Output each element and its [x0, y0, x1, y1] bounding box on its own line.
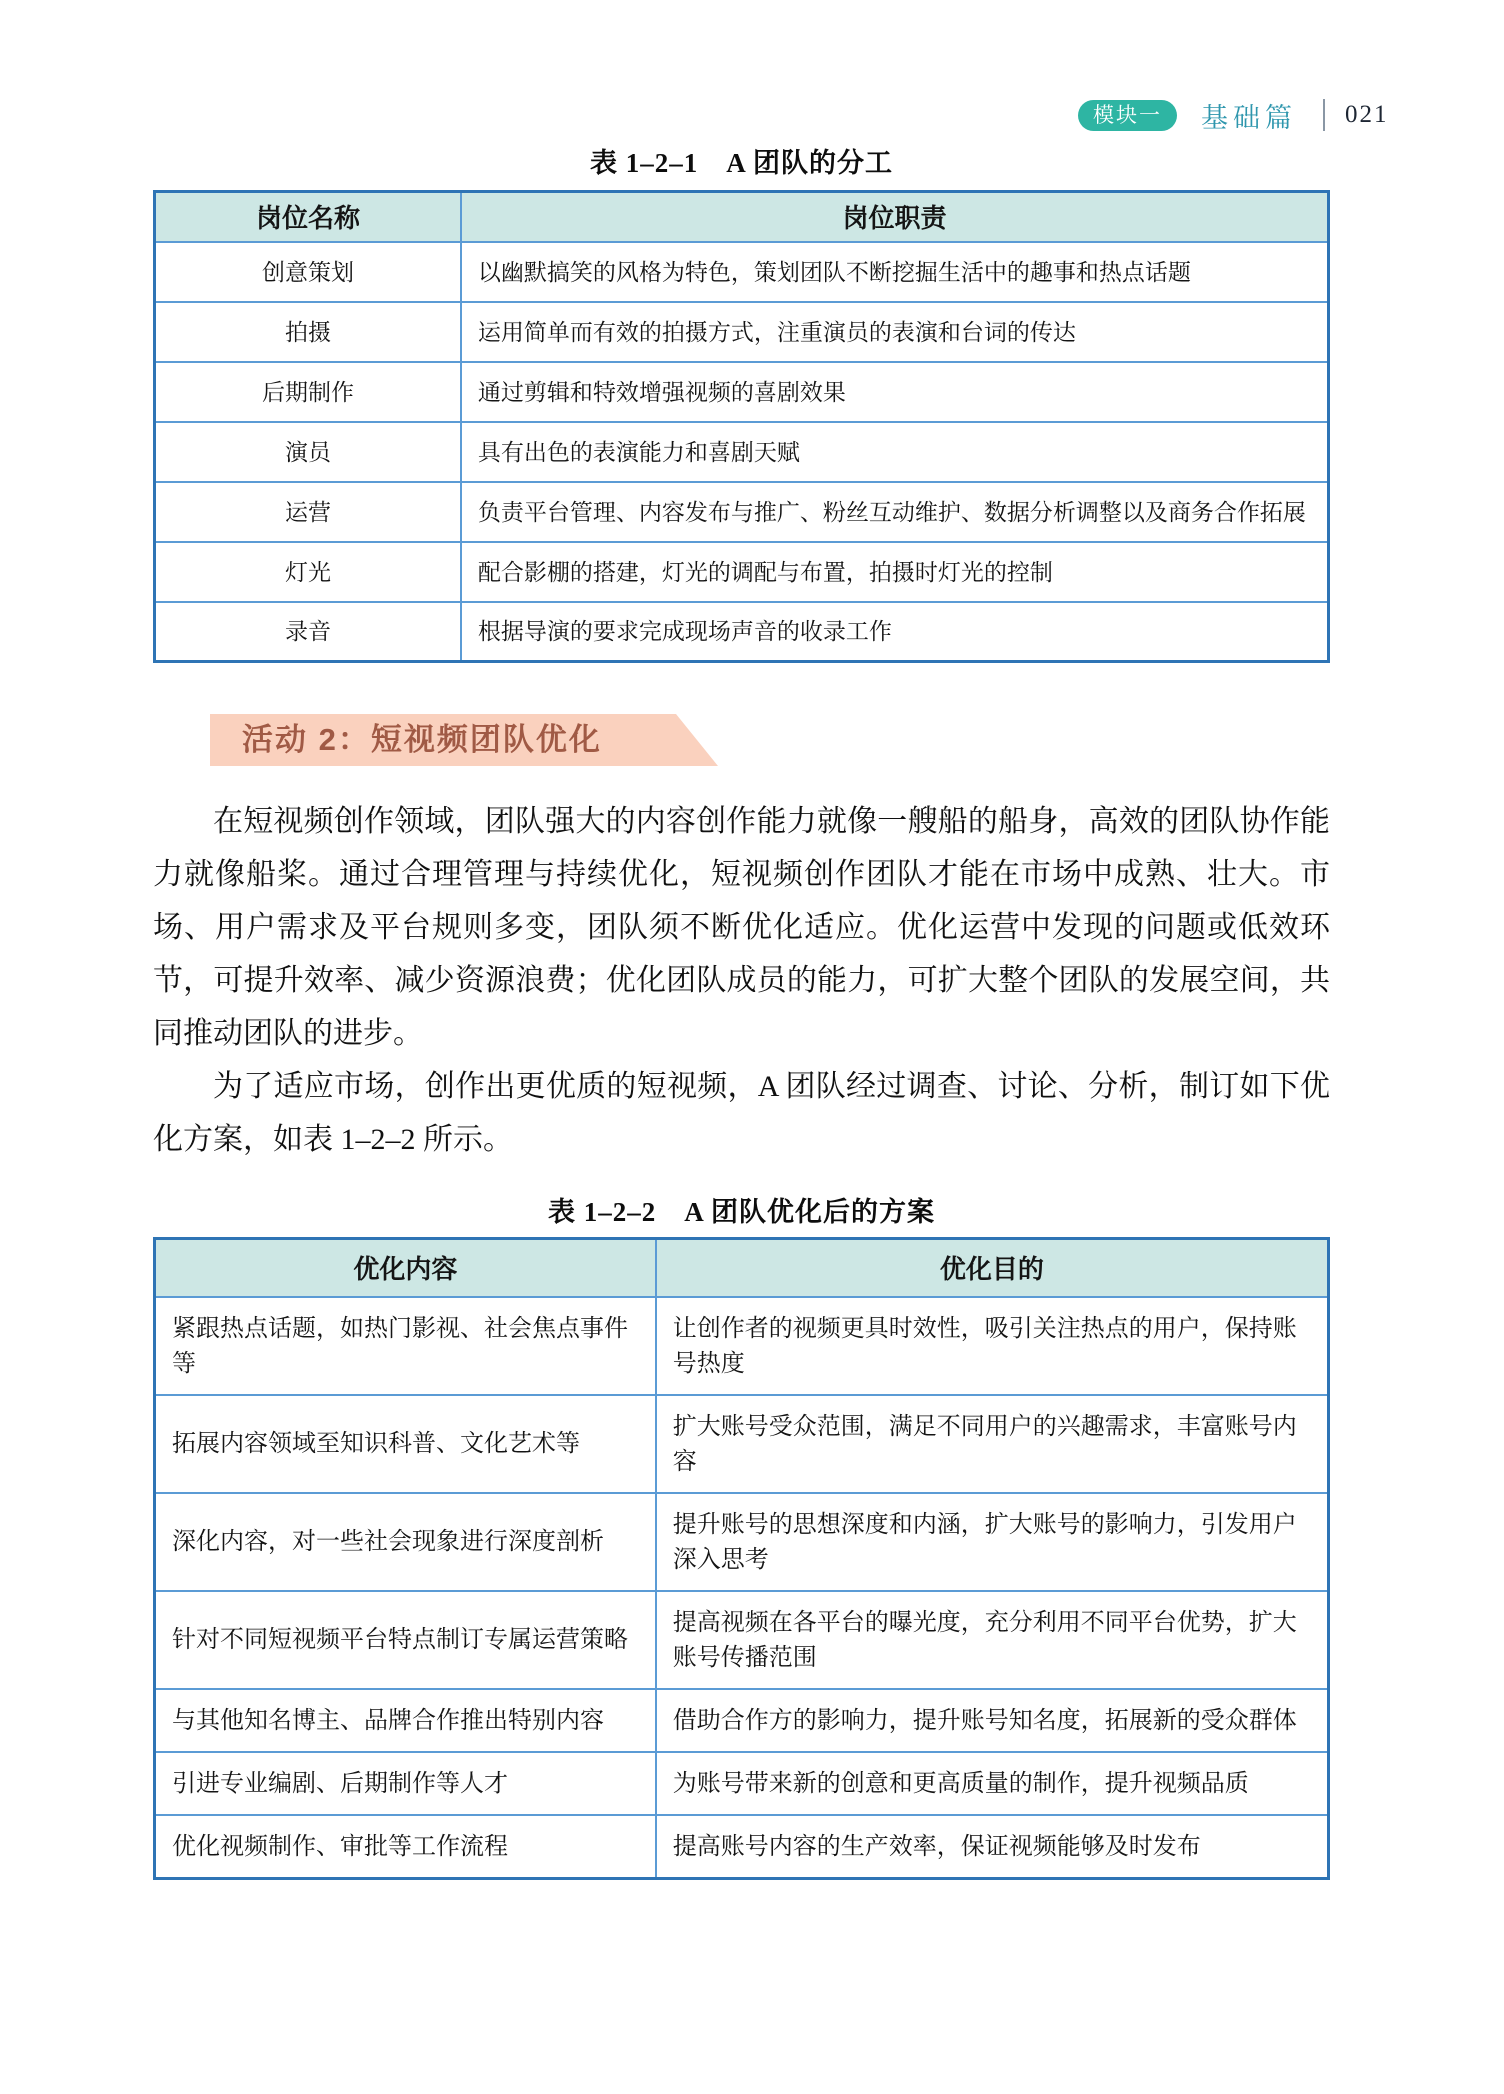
table2-caption: 表 1–2–2 A 团队优化后的方案 — [153, 1190, 1330, 1229]
table-header-row: 岗位名称岗位职责 — [155, 192, 1329, 242]
table-cell: 让创作者的视频更具时效性，吸引关注热点的用户，保持账号热度 — [656, 1297, 1329, 1395]
table-row: 后期制作通过剪辑和特效增强视频的喜剧效果 — [155, 362, 1329, 422]
table-cell: 灯光 — [155, 542, 461, 602]
table-cell: 创意策划 — [155, 242, 461, 302]
table-cell: 与其他知名博主、品牌合作推出特别内容 — [155, 1689, 656, 1752]
body-text: 在短视频创作领域，团队强大的内容创作能力就像一艘船的船身，高效的团队协作能力就像… — [153, 795, 1330, 1166]
optimization-table: 优化内容优化目的 紧跟热点话题，如热门影视、社会焦点事件等让创作者的视频更具时效… — [153, 1237, 1330, 1880]
table-cell: 针对不同短视频平台特点制订专属运营策略 — [155, 1591, 656, 1689]
table-row: 深化内容，对一些社会现象进行深度剖析提升账号的思想深度和内涵，扩大账号的影响力，… — [155, 1493, 1329, 1591]
activity-banner: 活动 2：短视频团队优化 — [210, 714, 718, 766]
paragraph: 为了适应市场，创作出更优质的短视频，A 团队经过调查、讨论、分析，制订如下优化方… — [153, 1060, 1330, 1166]
table-cell: 通过剪辑和特效增强视频的喜剧效果 — [461, 362, 1329, 422]
table-cell: 配合影棚的搭建，灯光的调配与布置，拍摄时灯光的控制 — [461, 542, 1329, 602]
table-cell: 以幽默搞笑的风格为特色，策划团队不断挖掘生活中的趣事和热点话题 — [461, 242, 1329, 302]
table-cell: 优化视频制作、审批等工作流程 — [155, 1815, 656, 1879]
table-cell: 具有出色的表演能力和喜剧天赋 — [461, 422, 1329, 482]
table-row: 拓展内容领域至知识科普、文化艺术等扩大账号受众范围，满足不同用户的兴趣需求，丰富… — [155, 1395, 1329, 1493]
table1-caption: 表 1–2–1 A 团队的分工 — [153, 141, 1330, 180]
table-row: 引进专业编剧、后期制作等人才为账号带来新的创意和更高质量的制作，提升视频品质 — [155, 1752, 1329, 1815]
table-cell: 拍摄 — [155, 302, 461, 362]
table-cell: 借助合作方的影响力，提升账号知名度，拓展新的受众群体 — [656, 1689, 1329, 1752]
table-cell: 运用简单而有效的拍摄方式，注重演员的表演和台词的传达 — [461, 302, 1329, 362]
table-row: 拍摄运用简单而有效的拍摄方式，注重演员的表演和台词的传达 — [155, 302, 1329, 362]
table-row: 紧跟热点话题，如热门影视、社会焦点事件等让创作者的视频更具时效性，吸引关注热点的… — [155, 1297, 1329, 1395]
table-cell: 提高视频在各平台的曝光度，充分利用不同平台优势，扩大账号传播范围 — [656, 1591, 1329, 1689]
table-row: 优化视频制作、审批等工作流程提高账号内容的生产效率，保证视频能够及时发布 — [155, 1815, 1329, 1879]
table-row: 运营负责平台管理、内容发布与推广、粉丝互动维护、数据分析调整以及商务合作拓展 — [155, 482, 1329, 542]
column-header: 优化内容 — [155, 1239, 656, 1297]
column-header: 岗位名称 — [155, 192, 461, 242]
table-row: 录音根据导演的要求完成现场声音的收录工作 — [155, 602, 1329, 662]
table-cell: 录音 — [155, 602, 461, 662]
table-cell: 提高账号内容的生产效率，保证视频能够及时发布 — [656, 1815, 1329, 1879]
table-cell: 扩大账号受众范围，满足不同用户的兴趣需求，丰富账号内容 — [656, 1395, 1329, 1493]
table-header-row: 优化内容优化目的 — [155, 1239, 1329, 1297]
table-cell: 演员 — [155, 422, 461, 482]
column-header: 岗位职责 — [461, 192, 1329, 242]
column-header: 优化目的 — [656, 1239, 1329, 1297]
table-cell: 深化内容，对一些社会现象进行深度剖析 — [155, 1493, 656, 1591]
table-cell: 负责平台管理、内容发布与推广、粉丝互动维护、数据分析调整以及商务合作拓展 — [461, 482, 1329, 542]
activity-title: 活动 2：短视频团队优化 — [210, 714, 718, 766]
roles-table: 岗位名称岗位职责 创意策划以幽默搞笑的风格为特色，策划团队不断挖掘生活中的趣事和… — [153, 190, 1330, 663]
table-row: 灯光配合影棚的搭建，灯光的调配与布置，拍摄时灯光的控制 — [155, 542, 1329, 602]
page-content: 表 1–2–1 A 团队的分工 岗位名称岗位职责 创意策划以幽默搞笑的风格为特色… — [153, 0, 1330, 2094]
table-row: 针对不同短视频平台特点制订专属运营策略提高视频在各平台的曝光度，充分利用不同平台… — [155, 1591, 1329, 1689]
table-cell: 后期制作 — [155, 362, 461, 422]
table-row: 演员具有出色的表演能力和喜剧天赋 — [155, 422, 1329, 482]
table-cell: 紧跟热点话题，如热门影视、社会焦点事件等 — [155, 1297, 656, 1395]
textbook-page: 模块一 基础篇 021 表 1–2–1 A 团队的分工 岗位名称岗位职责 创意策… — [0, 0, 1504, 2094]
table-row: 与其他知名博主、品牌合作推出特别内容借助合作方的影响力，提升账号知名度，拓展新的… — [155, 1689, 1329, 1752]
page-number: 021 — [1345, 101, 1389, 129]
table-cell: 运营 — [155, 482, 461, 542]
table-cell: 引进专业编剧、后期制作等人才 — [155, 1752, 656, 1815]
table-cell: 提升账号的思想深度和内涵，扩大账号的影响力，引发用户深入思考 — [656, 1493, 1329, 1591]
paragraph: 在短视频创作领域，团队强大的内容创作能力就像一艘船的船身，高效的团队协作能力就像… — [153, 795, 1330, 1060]
table-row: 创意策划以幽默搞笑的风格为特色，策划团队不断挖掘生活中的趣事和热点话题 — [155, 242, 1329, 302]
table-cell: 为账号带来新的创意和更高质量的制作，提升视频品质 — [656, 1752, 1329, 1815]
table-cell: 拓展内容领域至知识科普、文化艺术等 — [155, 1395, 656, 1493]
table-cell: 根据导演的要求完成现场声音的收录工作 — [461, 602, 1329, 662]
